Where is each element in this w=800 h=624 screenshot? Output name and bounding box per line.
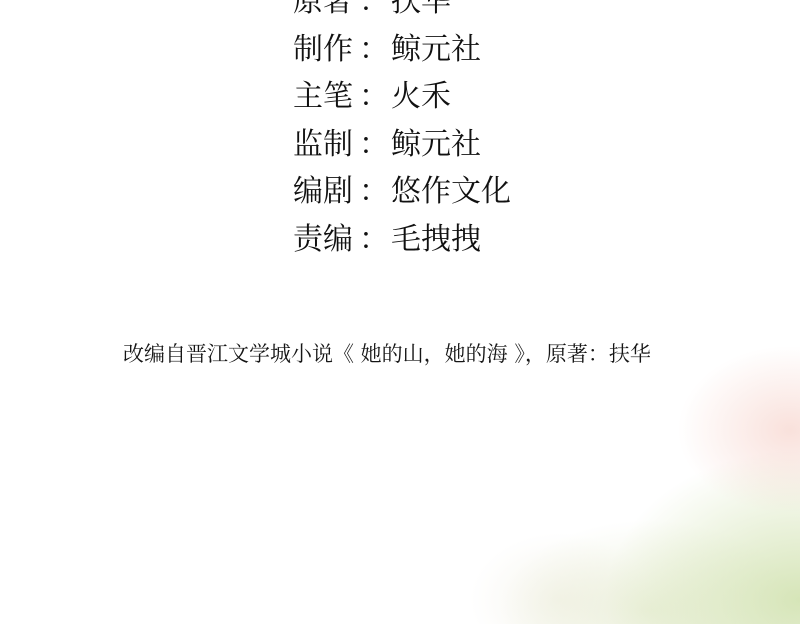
credit-name: 悠作文化: [391, 168, 511, 216]
credit-role: 主笔: [293, 73, 359, 121]
credit-name: 鲸元社: [391, 26, 481, 74]
credit-row-supervisor: 监制 ： 鲸元社: [293, 121, 511, 169]
credit-colon: ：: [359, 26, 391, 74]
adaptation-source-note: 改编自晋江文学城小说《 她的山，她的海 》，原著：扶华: [123, 338, 651, 368]
credit-colon: ：: [359, 168, 391, 216]
credit-row-original-author: 原著 ： 扶华: [293, 0, 511, 26]
credit-name: 毛拽拽: [391, 216, 481, 264]
credit-role: 监制: [293, 121, 359, 169]
credit-name: 火禾: [391, 73, 451, 121]
credit-colon: ：: [359, 73, 391, 121]
credit-row-production: 制作 ： 鲸元社: [293, 26, 511, 74]
credit-name: 扶华: [391, 0, 451, 26]
credit-colon: ：: [359, 216, 391, 264]
credit-name: 鲸元社: [391, 121, 481, 169]
credit-role: 编剧: [293, 168, 359, 216]
credit-role: 制作: [293, 26, 359, 74]
credit-row-editor: 责编 ： 毛拽拽: [293, 216, 511, 264]
credit-role: 责编: [293, 216, 359, 264]
credit-colon: ：: [359, 121, 391, 169]
credit-row-screenwriter: 编剧 ： 悠作文化: [293, 168, 511, 216]
credit-row-lead-artist: 主笔 ： 火禾: [293, 73, 511, 121]
credits-list: 原著 ： 扶华 制作 ： 鲸元社 主笔 ： 火禾 监制 ： 鲸元社 编剧 ： 悠…: [293, 0, 511, 263]
credit-colon: ：: [359, 0, 391, 26]
credit-role: 原著: [293, 0, 359, 26]
